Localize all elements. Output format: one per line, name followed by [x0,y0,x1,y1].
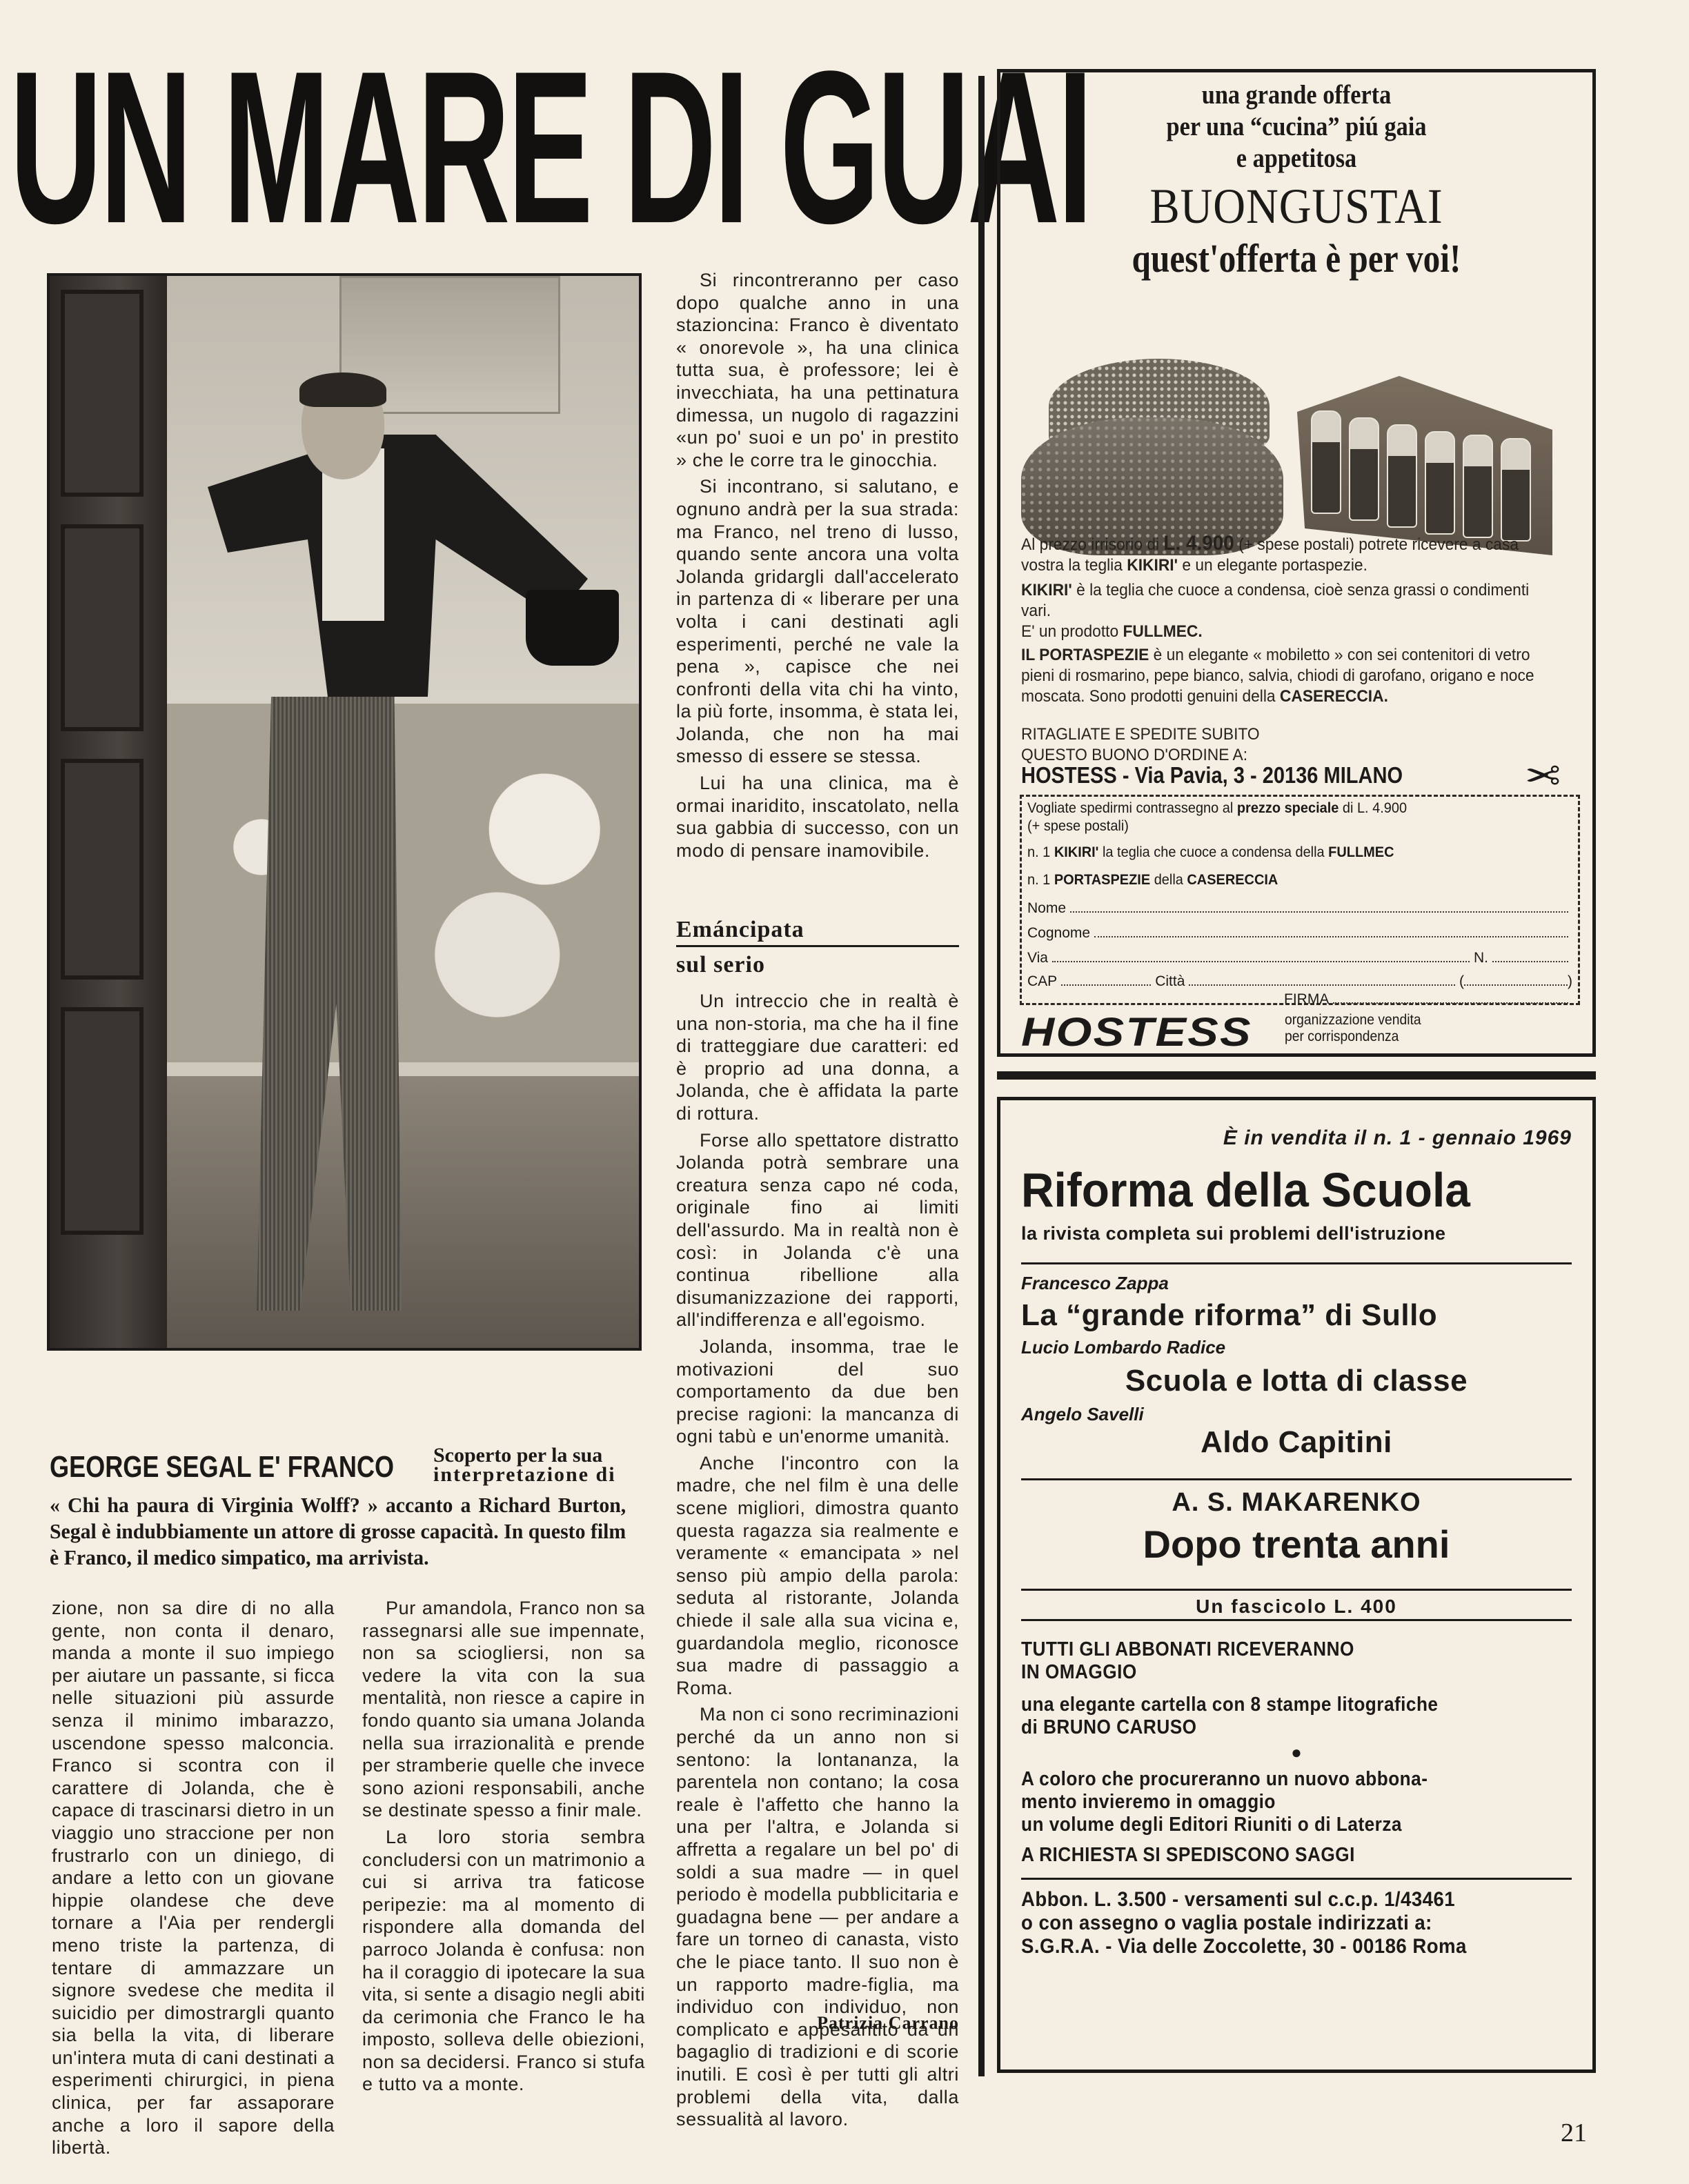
offer-text: Al prezzo irrisorio di L. 4.900 (+ spese… [1021,533,1538,576]
nome-field[interactable]: Nome [1027,900,1572,917]
spice-jar [1311,410,1341,514]
caption-title: GEORGE SEGAL E' FRANCO [50,1450,394,1485]
article-author: Angelo Savelli [1021,1404,1572,1425]
photo-floor [167,1076,639,1348]
kikiri-text: KIKIRI' è la teglia che cuoce a condensa… [1021,580,1538,642]
text: e un elegante portaspezie. [1182,556,1367,575]
via-field[interactable]: ViaN. [1027,950,1572,966]
brand: IL PORTASPEZIE [1021,646,1149,664]
paragraph: Anche l'incontro con la madre, che nel f… [676,1452,959,1700]
divider [1021,1619,1572,1621]
caption-side-line: Scoperto per la sua [433,1446,649,1465]
issue-date: È in vendita il n. 1 - gennaio 1969 [1021,1126,1572,1150]
caption-side: Scoperto per la sua interpretazione di [433,1446,649,1485]
feature-author: A. S. MAKARENKO [1021,1488,1572,1518]
subhead-line: Emáncipata [676,916,959,947]
spice-jar [1425,431,1455,535]
article-column-2: Pur amandola, Franco non sa rassegnarsi … [362,1597,645,2100]
spice-jar [1349,417,1379,521]
riforma-scuola-ad: È in vendita il n. 1 - gennaio 1969 Rifo… [997,1097,1596,2073]
coupon-line: Vogliate spedirmi contrassegno al prezzo… [1027,800,1407,817]
paragraph: Si incontrano, si salutano, e ognuno and… [676,475,959,768]
feature-title: Dopo trenta anni [1021,1522,1572,1567]
paragraph: zione, non sa dire di no alla gente, non… [52,1597,335,2159]
cognome-field[interactable]: Cognome [1027,925,1572,942]
article-title: Scuola e lotta di classe [1021,1363,1572,1399]
bullet-icon: ● [1021,1742,1572,1763]
cta-text: RITAGLIATE E SPEDITE SUBITO QUESTO BUONO… [1021,724,1538,766]
referral-offer: A coloro che procureranno un nuovo abbon… [1021,1768,1528,1836]
spice-jar [1387,424,1417,528]
gift-heading: TUTTI GLI ABBONATI RICEVERANNO IN OMAGGI… [1021,1638,1528,1684]
byline: Patrizia Carrano [676,2013,959,2034]
subscription-info: Abbon. L. 3.500 - versamenti sul c.c.p. … [1021,1888,1528,1958]
brand: KIKIRI' [1021,581,1072,599]
article-column-1: zione, non sa dire di no alla gente, non… [52,1597,335,2163]
brand: CASERECCIA. [1280,687,1388,706]
spice-rack-image [1297,376,1552,555]
cap-citta-field[interactable]: CAPCittà() [1027,973,1572,990]
magazine-title: Riforma della Scuola [1021,1162,1539,1218]
hostess-ad: una grande offerta per una “cucina” piú … [997,69,1596,1057]
price: L. 4.900 [1163,532,1234,555]
brand: KIKIRI' [1127,556,1178,575]
caption-body: « Chi ha paura di Virginia Wolff? » acca… [50,1492,626,1571]
article-author: Francesco Zappa [1021,1273,1572,1294]
hostess-address: HOSTESS - Via Pavia, 3 - 20136 MILANO [1021,762,1403,788]
text: Al prezzo irrisorio di [1021,535,1159,554]
paragraph: Pur amandola, Franco non sa rassegnarsi … [362,1597,645,1822]
text: è la teglia che cuoce a condensa, cioè s… [1021,581,1529,620]
tagline-line: per una “cucina” piú gaia [1036,111,1557,143]
scissors-icon: ✂ [1525,752,1561,795]
spice-jar [1501,438,1531,542]
coupon-item-kikiri[interactable]: n. 1 KIKIRI' la teglia che cuoce a conde… [1027,844,1394,862]
divider [1021,1262,1572,1264]
article-title: La “grande riforma” di Sullo [1021,1298,1572,1333]
hostess-logo: HOSTESS [1021,1009,1252,1055]
samples-note: A RICHIESTA SI SPEDISCONO SAGGI [1021,1844,1528,1867]
coupon-item-portaspezie[interactable]: n. 1 PORTASPEZIE della CASERECCIA [1027,871,1278,889]
paragraph: La loro storia sembra concludersi con un… [362,1826,645,2096]
photo-top-hat [526,590,619,666]
ad-tagline: una grande offerta per una “cucina” piú … [1036,79,1557,175]
page-number: 21 [1561,2118,1587,2148]
paragraph: Jolanda, insomma, trae le motivazioni de… [676,1336,959,1448]
hostess-logo-tagline: organizzazione vendita per corrispondenz… [1285,1012,1421,1045]
portaspezie-text: IL PORTASPEZIE è un elegante « mobiletto… [1021,645,1538,707]
paragraph: Un intreccio che in realtà è una non-sto… [676,990,959,1125]
photo-hair [299,373,386,407]
issue-price: Un fascicolo L. 400 [1021,1596,1572,1618]
article-author: Lucio Lombardo Radice [1021,1337,1572,1358]
subhead-line: sul serio [676,951,959,979]
article-column-3-bottom: Un intreccio che in realtà è una non-sto… [676,990,959,2135]
tagline-line: e appetitosa [1036,143,1557,175]
text: RITAGLIATE E SPEDITE SUBITO [1021,724,1538,745]
ad-separator-bar [997,1071,1596,1080]
gift-description: una elegante cartella con 8 stampe litog… [1021,1694,1528,1739]
paragraph: Forse allo spettatore distratto Jolanda … [676,1129,959,1331]
tagline-line: una grande offerta [1036,79,1557,111]
ad-headline: BUONGUSTAI [1030,179,1563,233]
order-coupon[interactable]: Vogliate spedirmi contrassegno al prezzo… [1020,795,1580,1005]
paragraph: Lui ha una clinica, ma è ormai inaridito… [676,772,959,862]
paragraph: Ma non ci sono recriminazioni perché da … [676,1703,959,2130]
article-title: Aldo Capitini [1021,1424,1572,1460]
coupon-line: (+ spese postali) [1027,817,1129,835]
caption-side-line: interpretazione di [433,1465,649,1485]
divider [1021,1589,1572,1591]
firma-field[interactable]: FIRMA [1284,991,1572,1008]
article-photo [47,273,642,1351]
magazine-subtitle: la rivista completa sui problemi dell'is… [1021,1223,1572,1244]
paragraph: Si rincontreranno per caso dopo qualche … [676,269,959,471]
divider [1021,1478,1572,1480]
spice-jar [1463,435,1493,538]
article-headline: UN MARE DI GUAI [10,66,609,228]
column-divider [978,76,985,2076]
section-subhead: Emáncipata sul serio [676,916,959,979]
divider [1021,1878,1572,1880]
text: E' un prodotto [1021,622,1118,641]
brand: FULLMEC. [1123,622,1203,641]
article-column-3-top: Si rincontreranno per caso dopo qualche … [676,269,959,866]
photo-flowers [167,704,639,1062]
photo-door [50,276,167,1348]
ad-subheadline: quest'offerta è per voi! [1045,237,1548,281]
